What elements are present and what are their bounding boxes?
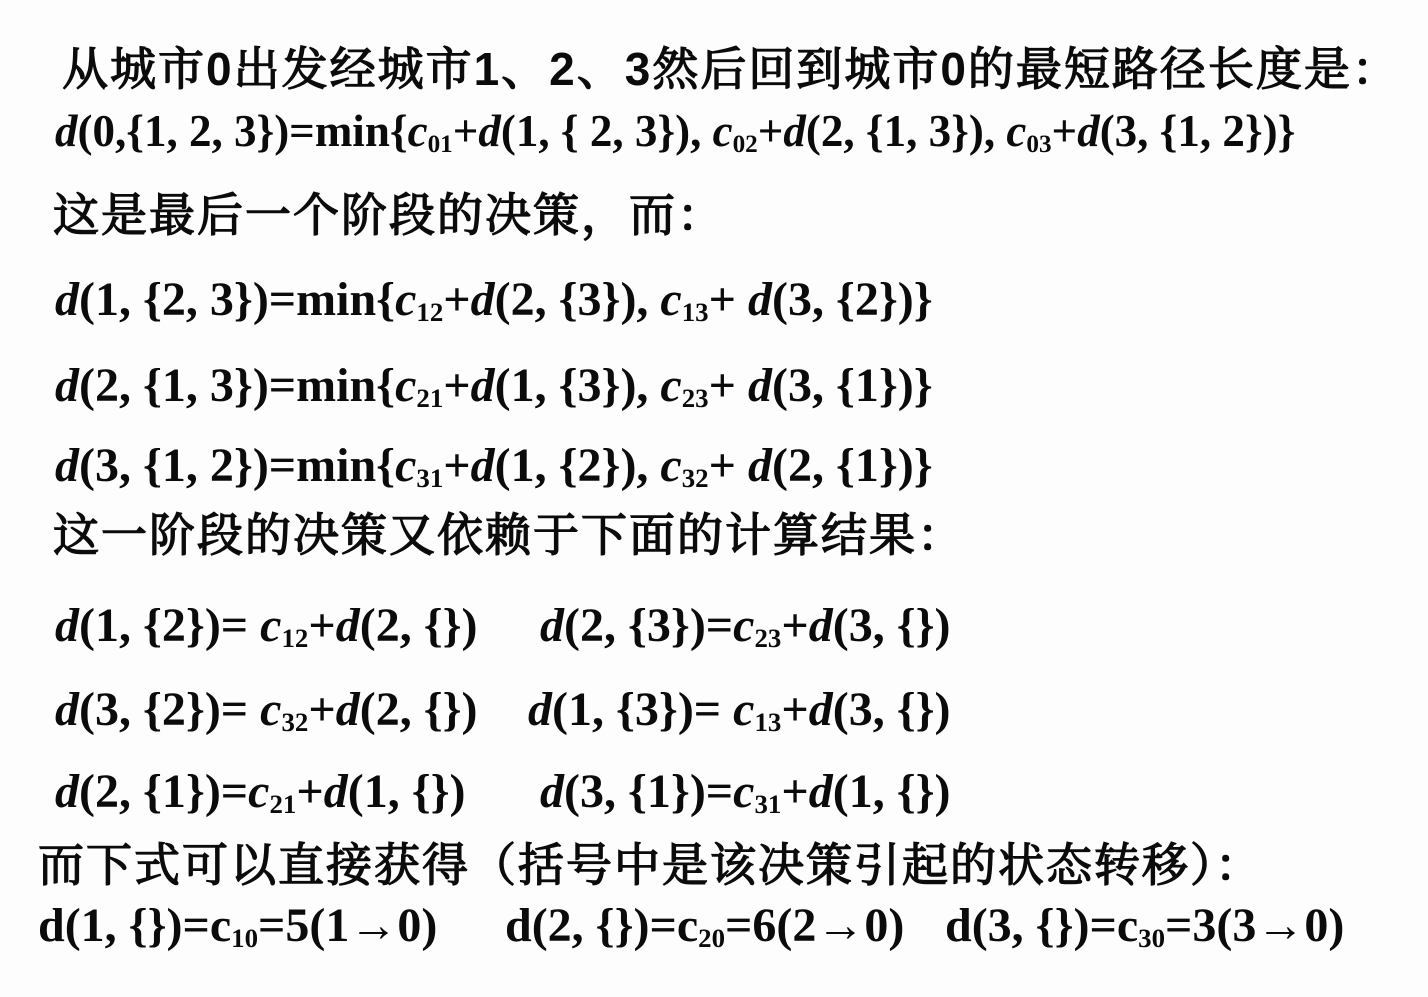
formula-d0-123: d(0,{1, 2, 3})=min{c01+d(1, { 2, 3}), c0… [55,106,1295,158]
formula-d2-empty: d(2, {})=c20=6(2→0) [505,898,904,953]
direct-obtain-text: 而下式可以直接获得（括号中是该决策引起的状态转移）： [38,840,1263,891]
formula-d1-23: d(1, {2, 3})=min{c12+d(2, {3}), c13+ d(3… [55,272,933,327]
formula-row-1: d(1, {2})= c12+d(2, {}) d(2, {3})=c23+d(… [55,598,1428,668]
formula-d2-3: d(2, {3})=c23+d(3, {}) [540,598,951,653]
formula-d3-2: d(3, {2})= c32+d(2, {}) [55,682,478,737]
formula-row-3: d(2, {1})=c21+d(1, {}) d(3, {1})=c31+d(1… [55,764,1428,834]
depends-on-results-text: 这一阶段的决策又依赖于下面的计算结果： [53,510,965,561]
formula-d3-empty: d(3, {})=c30=3(3→0) [945,898,1344,953]
formula-d3-1: d(3, {1})=c31+d(1, {}) [540,764,951,819]
formula-d3-12: d(3, {1, 2})=min{c31+d(1, {2}), c32+ d(2… [55,438,933,493]
formula-d2-13: d(2, {1, 3})=min{c21+d(1, {3}), c23+ d(3… [55,358,933,413]
intro-shortest-path-text: 从城市0出发经城市1、2、3然后回到城市0的最短路径长度是： [62,44,1400,95]
slide: 从城市0出发经城市1、2、3然后回到城市0的最短路径长度是： d(0,{1, 2… [0,0,1428,997]
formula-d2-1: d(2, {1})=c21+d(1, {}) [55,764,466,819]
base-case-row: d(1, {})=c10=5(1→0) d(2, {})=c20=6(2→0) … [38,898,1418,968]
last-stage-decision-text: 这是最后一个阶段的决策，而： [53,190,725,241]
formula-row-2: d(3, {2})= c32+d(2, {}) d(1, {3})= c13+d… [55,682,1428,752]
formula-d1-empty: d(1, {})=c10=5(1→0) [38,898,437,953]
formula-d1-2: d(1, {2})= c12+d(2, {}) [55,598,478,653]
formula-d1-3: d(1, {3})= c13+d(3, {}) [528,682,951,737]
